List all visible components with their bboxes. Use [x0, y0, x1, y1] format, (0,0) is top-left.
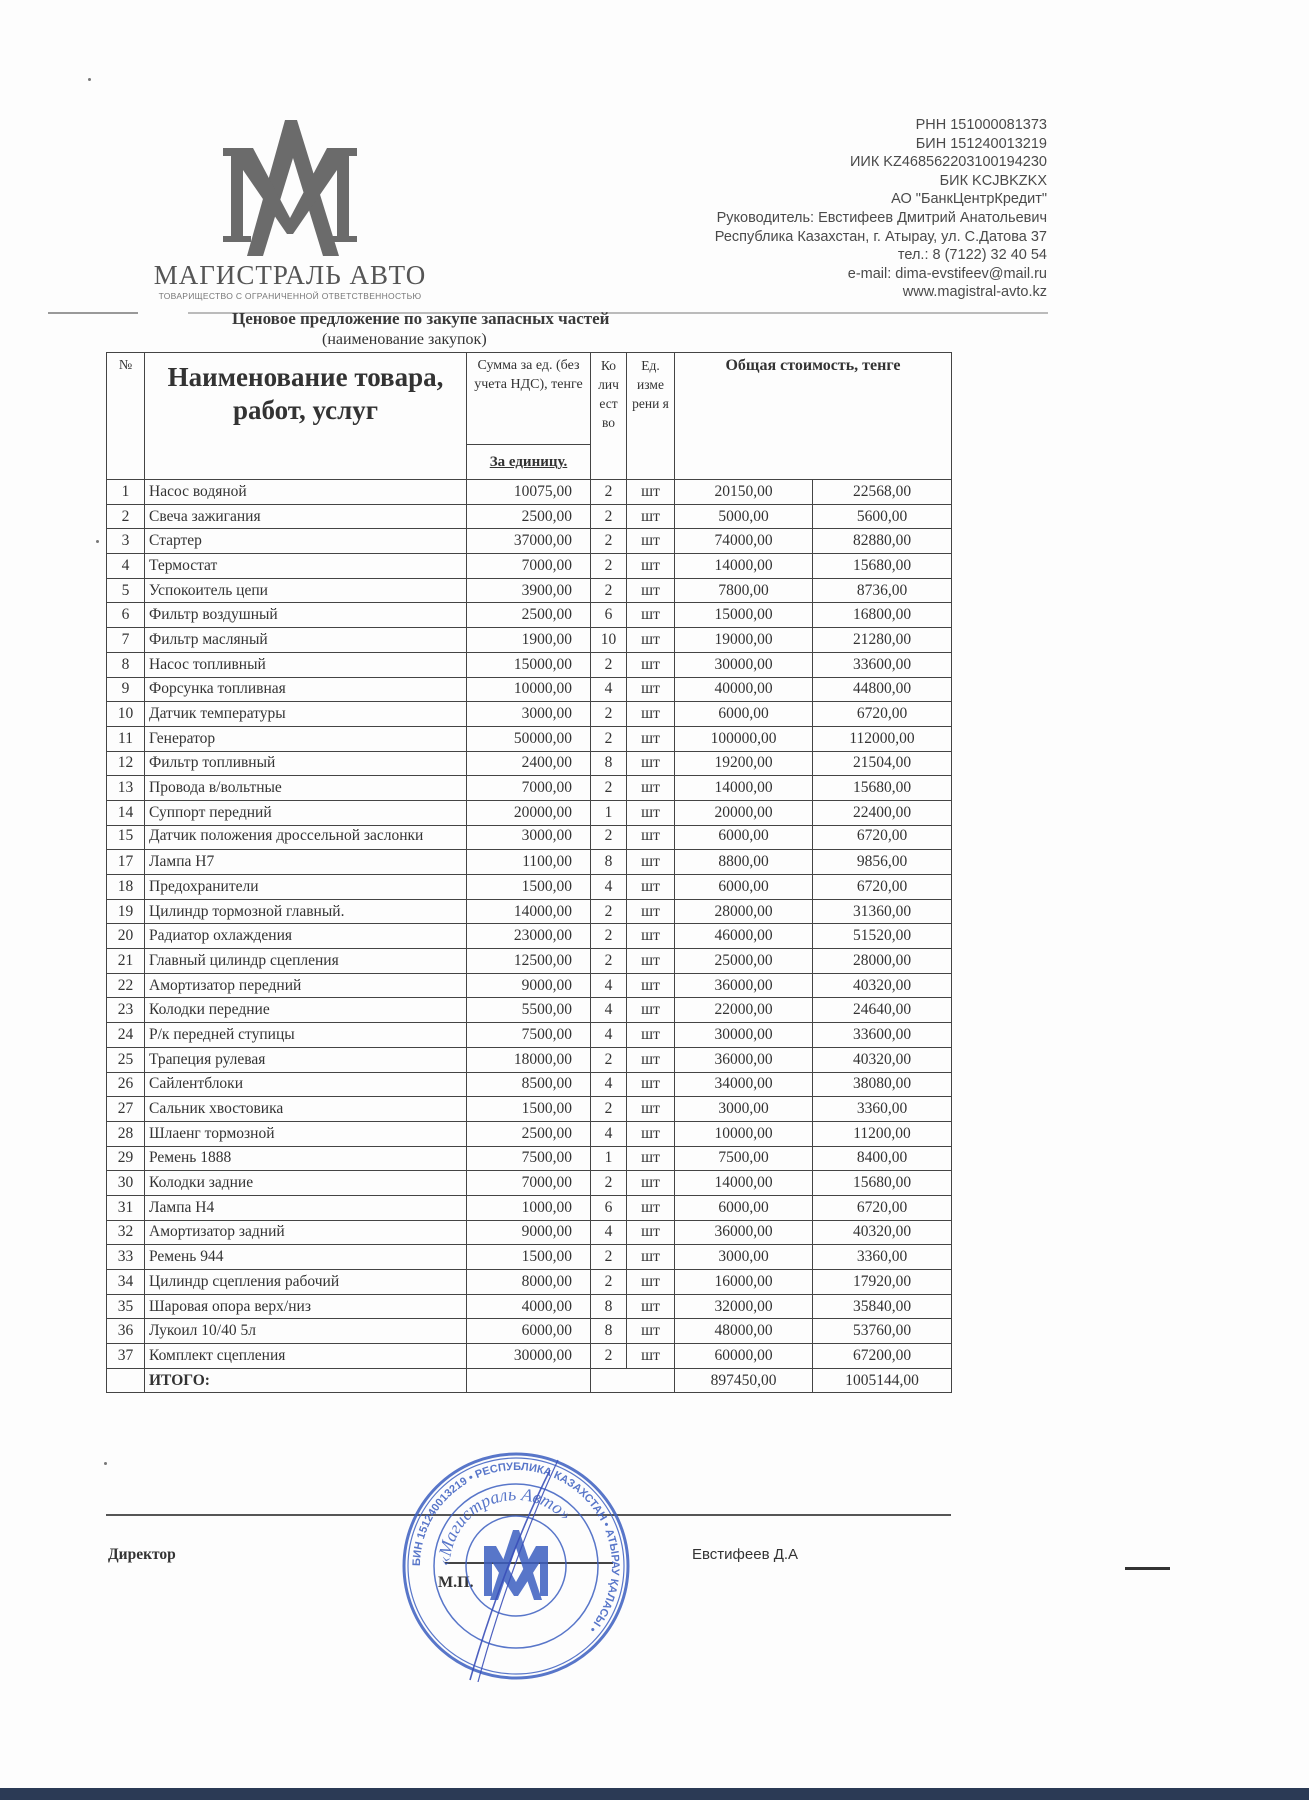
total-cost-with-vat: 67200,00: [813, 1344, 952, 1369]
total-cost: 10000,00: [675, 1121, 813, 1146]
row-number: 27: [107, 1097, 145, 1122]
total-cost: 32000,00: [675, 1294, 813, 1319]
row-number: 37: [107, 1344, 145, 1369]
item-name: Стартер: [145, 529, 467, 554]
total-cost-with-vat: 44800,00: [813, 677, 952, 702]
unit-price: 18000,00: [467, 1047, 591, 1072]
unit-of-measure: шт: [627, 1047, 675, 1072]
scan-speck: [96, 540, 99, 543]
quantity: 4: [591, 875, 627, 900]
table-row: 19Цилиндр тормозной главный.14000,002шт2…: [107, 899, 952, 924]
total-cost: 6000,00: [675, 825, 813, 850]
item-name: Лампа Н4: [145, 1195, 467, 1220]
table-row: 30Колодки задние7000,002шт14000,0015680,…: [107, 1171, 952, 1196]
table-row: 37Комплект сцепления30000,002шт60000,006…: [107, 1344, 952, 1369]
quantity: 4: [591, 973, 627, 998]
requisite-address: Республика Казахстан, г. Атырау, ул. С.Д…: [715, 228, 1047, 247]
logo-company-subtitle: ТОВАРИЩЕСТВО С ОГРАНИЧЕННОЙ ОТВЕТСТВЕННО…: [140, 291, 440, 301]
unit-price: 7000,00: [467, 776, 591, 801]
company-logo: МАГИСТРАЛЬ АВТО ТОВАРИЩЕСТВО С ОГРАНИЧЕН…: [140, 118, 440, 298]
unit-price: 20000,00: [467, 800, 591, 825]
total-cost-with-vat: 6720,00: [813, 1195, 952, 1220]
quantity: 4: [591, 998, 627, 1023]
quantity: 2: [591, 554, 627, 579]
total-cost: 6000,00: [675, 702, 813, 727]
unit-price: 9000,00: [467, 973, 591, 998]
unit-price: 6000,00: [467, 1319, 591, 1344]
total-cost-with-vat: 3360,00: [813, 1245, 952, 1270]
grand-total: 897450,00: [675, 1368, 813, 1393]
table-row: 10Датчик температуры3000,002шт6000,00672…: [107, 702, 952, 727]
unit-price: 15000,00: [467, 652, 591, 677]
table-row: 17Лампа Н71100,008шт8800,009856,00: [107, 850, 952, 875]
total-cost-with-vat: 22400,00: [813, 800, 952, 825]
table-total-row: ИТОГО: 897450,00 1005144,00: [107, 1368, 952, 1393]
item-name: Суппорт передний: [145, 800, 467, 825]
table-row: 27Сальник хвостовика1500,002шт3000,00336…: [107, 1097, 952, 1122]
unit-price: 10000,00: [467, 677, 591, 702]
table-row: 35Шаровая опора верх/низ4000,008шт32000,…: [107, 1294, 952, 1319]
unit-of-measure: шт: [627, 1319, 675, 1344]
unit-of-measure: шт: [627, 1023, 675, 1048]
item-name: Свеча зажигания: [145, 504, 467, 529]
item-name: Фильтр топливный: [145, 751, 467, 776]
row-number: 32: [107, 1220, 145, 1245]
total-cost-with-vat: 5600,00: [813, 504, 952, 529]
requisite-email: e-mail: dima-evstifeev@mail.ru: [715, 265, 1047, 284]
unit-price: 50000,00: [467, 726, 591, 751]
row-number: 25: [107, 1047, 145, 1072]
header-total: Общая стоимость, тенге: [675, 353, 952, 480]
unit-of-measure: шт: [627, 1294, 675, 1319]
unit-price: 1900,00: [467, 628, 591, 653]
total-cost-with-vat: 21280,00: [813, 628, 952, 653]
total-cost: 5000,00: [675, 504, 813, 529]
header-no: №: [107, 353, 145, 480]
unit-of-measure: шт: [627, 1121, 675, 1146]
price-offer-table: № Наименование товара, работ, услуг Сумм…: [106, 352, 952, 1393]
unit-of-measure: шт: [627, 628, 675, 653]
unit-of-measure: шт: [627, 973, 675, 998]
requisite-phone: тел.: 8 (7122) 32 40 54: [715, 246, 1047, 265]
total-cost-with-vat: 40320,00: [813, 1047, 952, 1072]
unit-price: 7500,00: [467, 1146, 591, 1171]
quantity: 2: [591, 1047, 627, 1072]
unit-of-measure: шт: [627, 825, 675, 850]
total-cost-with-vat: 24640,00: [813, 998, 952, 1023]
table-row: 18Предохранители1500,004шт6000,006720,00: [107, 875, 952, 900]
unit-of-measure: шт: [627, 702, 675, 727]
table-row: 8Насос топливный15000,002шт30000,0033600…: [107, 652, 952, 677]
table-row: 15Датчик положения дроссельной заслонки3…: [107, 825, 952, 850]
item-name: Трапеция рулевая: [145, 1047, 467, 1072]
row-number: 26: [107, 1072, 145, 1097]
total-cost-with-vat: 82880,00: [813, 529, 952, 554]
item-name: Амортизатор передний: [145, 973, 467, 998]
quantity: 2: [591, 652, 627, 677]
total-cost-with-vat: 51520,00: [813, 924, 952, 949]
quantity: 4: [591, 1072, 627, 1097]
table-row: 22Амортизатор передний9000,004шт36000,00…: [107, 973, 952, 998]
total-cost-with-vat: 33600,00: [813, 652, 952, 677]
item-name: Датчик температуры: [145, 702, 467, 727]
item-name: Колодки задние: [145, 1171, 467, 1196]
table-row: 24Р/к передней ступицы7500,004шт30000,00…: [107, 1023, 952, 1048]
quantity: 4: [591, 1023, 627, 1048]
item-name: Колодки передние: [145, 998, 467, 1023]
unit-of-measure: шт: [627, 1171, 675, 1196]
total-cost-with-vat: 16800,00: [813, 603, 952, 628]
total-cost: 36000,00: [675, 973, 813, 998]
table-row: 31Лампа Н41000,006шт6000,006720,00: [107, 1195, 952, 1220]
total-cost-with-vat: 40320,00: [813, 1220, 952, 1245]
item-name: Радиатор охлаждения: [145, 924, 467, 949]
signer-name: Евстифеев Д.А: [692, 1546, 798, 1563]
unit-of-measure: шт: [627, 529, 675, 554]
row-number: 10: [107, 702, 145, 727]
quantity: 2: [591, 529, 627, 554]
quantity: 6: [591, 1195, 627, 1220]
total-cost-with-vat: 21504,00: [813, 751, 952, 776]
table-row: 13Провода в/вольтные7000,002шт14000,0015…: [107, 776, 952, 801]
total-cost-with-vat: 11200,00: [813, 1121, 952, 1146]
unit-of-measure: шт: [627, 554, 675, 579]
quantity: 8: [591, 1319, 627, 1344]
unit-of-measure: шт: [627, 751, 675, 776]
unit-price: 1100,00: [467, 850, 591, 875]
unit-price: 2400,00: [467, 751, 591, 776]
unit-of-measure: шт: [627, 1146, 675, 1171]
row-number: 6: [107, 603, 145, 628]
item-name: Цилиндр тормозной главный.: [145, 899, 467, 924]
table-row: 11Генератор50000,002шт100000,00112000,00: [107, 726, 952, 751]
row-number: 18: [107, 875, 145, 900]
unit-price: 10075,00: [467, 480, 591, 505]
row-number: 1: [107, 480, 145, 505]
item-name: Датчик положения дроссельной заслонки: [145, 825, 467, 850]
item-name: Форсунка топливная: [145, 677, 467, 702]
unit-price: 3900,00: [467, 578, 591, 603]
quantity: 2: [591, 899, 627, 924]
row-number: 14: [107, 800, 145, 825]
stamp-center-text: «Магистраль Авто»: [434, 1484, 576, 1566]
row-number: 22: [107, 973, 145, 998]
table-row: 25Трапеция рулевая18000,002шт36000,00403…: [107, 1047, 952, 1072]
scan-border: [0, 1788, 1309, 1800]
company-requisites: РНН 151000081373 БИН 151240013219 ИИК KZ…: [715, 116, 1047, 302]
unit-of-measure: шт: [627, 1220, 675, 1245]
requisite-website: www.magistral-avto.kz: [715, 283, 1047, 302]
unit-price: 8500,00: [467, 1072, 591, 1097]
director-label: Директор: [108, 1546, 176, 1564]
item-name: Ремень 944: [145, 1245, 467, 1270]
table-row: 6Фильтр воздушный2500,006шт15000,0016800…: [107, 603, 952, 628]
table-row: 29Ремень 18887500,001шт7500,008400,00: [107, 1146, 952, 1171]
total-cost-with-vat: 33600,00: [813, 1023, 952, 1048]
svg-text:«Магистраль Авто»: «Магистраль Авто»: [434, 1484, 576, 1566]
total-cost: 20000,00: [675, 800, 813, 825]
unit-price: 8000,00: [467, 1270, 591, 1295]
table-row: 2Свеча зажигания2500,002шт5000,005600,00: [107, 504, 952, 529]
total-cost: 19000,00: [675, 628, 813, 653]
item-name: Фильтр воздушный: [145, 603, 467, 628]
item-name: Успокоитель цепи: [145, 578, 467, 603]
row-number: 33: [107, 1245, 145, 1270]
quantity: 8: [591, 850, 627, 875]
header-price-per-unit: За единицу.: [467, 445, 591, 480]
row-number: 5: [107, 578, 145, 603]
unit-of-measure: шт: [627, 924, 675, 949]
table-row: 20Радиатор охлаждения23000,002шт46000,00…: [107, 924, 952, 949]
total-cost: 3000,00: [675, 1097, 813, 1122]
total-cost: 7800,00: [675, 578, 813, 603]
row-number: 3: [107, 529, 145, 554]
total-cost-with-vat: 53760,00: [813, 1319, 952, 1344]
quantity: 2: [591, 924, 627, 949]
unit-of-measure: шт: [627, 800, 675, 825]
item-name: Амортизатор задний: [145, 1220, 467, 1245]
quantity: 4: [591, 1121, 627, 1146]
table-row: 5Успокоитель цепи3900,002шт7800,008736,0…: [107, 578, 952, 603]
unit-price: 5500,00: [467, 998, 591, 1023]
quantity: 1: [591, 1146, 627, 1171]
unit-of-measure: шт: [627, 850, 675, 875]
unit-price: 7000,00: [467, 1171, 591, 1196]
total-cost: 3000,00: [675, 1245, 813, 1270]
total-cost: 15000,00: [675, 603, 813, 628]
total-cost-with-vat: 15680,00: [813, 1171, 952, 1196]
total-cost: 20150,00: [675, 480, 813, 505]
row-number: 36: [107, 1319, 145, 1344]
total-cost: 36000,00: [675, 1047, 813, 1072]
unit-of-measure: шт: [627, 652, 675, 677]
row-number: 7: [107, 628, 145, 653]
unit-of-measure: шт: [627, 1344, 675, 1369]
total-cost-with-vat: 6720,00: [813, 875, 952, 900]
row-number: 23: [107, 998, 145, 1023]
unit-price: 30000,00: [467, 1344, 591, 1369]
quantity: 2: [591, 1344, 627, 1369]
item-name: Лампа Н7: [145, 850, 467, 875]
unit-of-measure: шт: [627, 677, 675, 702]
table-row: 33Ремень 9441500,002шт3000,003360,00: [107, 1245, 952, 1270]
quantity: 2: [591, 949, 627, 974]
logo-monogram-icon: [215, 118, 365, 258]
document-subtitle: (наименование закупок): [322, 331, 487, 349]
unit-of-measure: шт: [627, 578, 675, 603]
unit-of-measure: шт: [627, 1245, 675, 1270]
row-number: 28: [107, 1121, 145, 1146]
row-number: 13: [107, 776, 145, 801]
total-cost: 19200,00: [675, 751, 813, 776]
unit-of-measure: шт: [627, 875, 675, 900]
item-name: Насос водяной: [145, 480, 467, 505]
row-number: 29: [107, 1146, 145, 1171]
unit-of-measure: шт: [627, 1195, 675, 1220]
quantity: 2: [591, 1171, 627, 1196]
total-cost: 28000,00: [675, 899, 813, 924]
unit-price: 3000,00: [467, 702, 591, 727]
total-cost: 30000,00: [675, 1023, 813, 1048]
total-cost-with-vat: 6720,00: [813, 702, 952, 727]
item-name: Предохранители: [145, 875, 467, 900]
unit-of-measure: шт: [627, 998, 675, 1023]
row-number: 2: [107, 504, 145, 529]
unit-price: 2500,00: [467, 504, 591, 529]
row-number: 12: [107, 751, 145, 776]
requisite-director: Руководитель: Евстифеев Дмитрий Анатолье…: [715, 209, 1047, 228]
quantity: 6: [591, 603, 627, 628]
quantity: 4: [591, 677, 627, 702]
document-title: Ценовое предложение по закупе запасных ч…: [232, 309, 609, 329]
margin-mark: [1125, 1567, 1170, 1570]
requisite-iik: ИИК KZ468562203100194230: [715, 153, 1047, 172]
total-cost: 48000,00: [675, 1319, 813, 1344]
unit-price: 37000,00: [467, 529, 591, 554]
header-qty: Ко лич ест во: [591, 353, 627, 480]
quantity: 2: [591, 776, 627, 801]
quantity: 2: [591, 1270, 627, 1295]
unit-price: 3000,00: [467, 825, 591, 850]
table-row: 3Стартер37000,002шт74000,0082880,00: [107, 529, 952, 554]
item-name: Генератор: [145, 726, 467, 751]
unit-price: 2500,00: [467, 1121, 591, 1146]
item-name: Фильтр масляный: [145, 628, 467, 653]
requisite-bin: БИН 151240013219: [715, 135, 1047, 154]
item-name: Сальник хвостовика: [145, 1097, 467, 1122]
total-cost: 14000,00: [675, 776, 813, 801]
unit-price: 9000,00: [467, 1220, 591, 1245]
total-cost-with-vat: 8736,00: [813, 578, 952, 603]
row-number: 17: [107, 850, 145, 875]
total-cost: 34000,00: [675, 1072, 813, 1097]
unit-of-measure: шт: [627, 776, 675, 801]
item-name: Термостат: [145, 554, 467, 579]
unit-price: 1500,00: [467, 875, 591, 900]
grand-total-vat: 1005144,00: [813, 1368, 952, 1393]
total-cost: 74000,00: [675, 529, 813, 554]
table-row: 26Сайлентблоки8500,004шт34000,0038080,00: [107, 1072, 952, 1097]
logo-company-name: МАГИСТРАЛЬ АВТО: [140, 260, 440, 291]
table-row: 21Главный цилиндр сцепления12500,002шт25…: [107, 949, 952, 974]
row-number: 19: [107, 899, 145, 924]
unit-of-measure: шт: [627, 1072, 675, 1097]
quantity: 2: [591, 1097, 627, 1122]
unit-price: 23000,00: [467, 924, 591, 949]
header-price: Сумма за ед. (без учета НДС), тенге: [467, 353, 591, 445]
unit-price: 12500,00: [467, 949, 591, 974]
unit-price: 7000,00: [467, 554, 591, 579]
scan-speck: [104, 1462, 107, 1465]
quantity: 8: [591, 751, 627, 776]
quantity: 2: [591, 825, 627, 850]
item-name: Комплект сцепления: [145, 1344, 467, 1369]
item-name: Цилиндр сцепления рабочий: [145, 1270, 467, 1295]
total-cost-with-vat: 112000,00: [813, 726, 952, 751]
requisite-rnn: РНН 151000081373: [715, 116, 1047, 135]
total-cost: 14000,00: [675, 1171, 813, 1196]
requisite-bik: БИК KCJBKZKX: [715, 172, 1047, 191]
row-number: 15: [107, 825, 145, 850]
total-cost: 46000,00: [675, 924, 813, 949]
total-label: ИТОГО:: [145, 1368, 467, 1393]
header-name: Наименование товара, работ, услуг: [145, 353, 467, 480]
unit-of-measure: шт: [627, 480, 675, 505]
total-cost-with-vat: 15680,00: [813, 554, 952, 579]
table-row: 9Форсунка топливная10000,004шт40000,0044…: [107, 677, 952, 702]
unit-of-measure: шт: [627, 603, 675, 628]
quantity: 8: [591, 1294, 627, 1319]
unit-of-measure: шт: [627, 899, 675, 924]
total-cost: 30000,00: [675, 652, 813, 677]
table-row: 28Шлаенг тормозной2500,004шт10000,001120…: [107, 1121, 952, 1146]
total-cost: 36000,00: [675, 1220, 813, 1245]
row-number: 8: [107, 652, 145, 677]
item-name: Лукоил 10/40 5л: [145, 1319, 467, 1344]
total-cost-with-vat: 17920,00: [813, 1270, 952, 1295]
unit-price: 1500,00: [467, 1097, 591, 1122]
scan-speck: [88, 78, 91, 81]
total-cost-with-vat: 3360,00: [813, 1097, 952, 1122]
table-row: 34Цилиндр сцепления рабочий8000,002шт160…: [107, 1270, 952, 1295]
item-name: Шаровая опора верх/низ: [145, 1294, 467, 1319]
total-cost-with-vat: 31360,00: [813, 899, 952, 924]
quantity: 2: [591, 702, 627, 727]
row-number: 31: [107, 1195, 145, 1220]
row-number: 24: [107, 1023, 145, 1048]
quantity: 2: [591, 504, 627, 529]
row-number: 20: [107, 924, 145, 949]
total-cost-with-vat: 8400,00: [813, 1146, 952, 1171]
total-cost-with-vat: 22568,00: [813, 480, 952, 505]
total-cost-with-vat: 9856,00: [813, 850, 952, 875]
document-page: МАГИСТРАЛЬ АВТО ТОВАРИЩЕСТВО С ОГРАНИЧЕН…: [0, 0, 1309, 1800]
total-cost: 60000,00: [675, 1344, 813, 1369]
quantity: 10: [591, 628, 627, 653]
item-name: Р/к передней ступицы: [145, 1023, 467, 1048]
table-header-row: № Наименование товара, работ, услуг Сумм…: [107, 353, 952, 445]
table-row: 12Фильтр топливный2400,008шт19200,002150…: [107, 751, 952, 776]
total-cost: 8800,00: [675, 850, 813, 875]
total-cost: 6000,00: [675, 875, 813, 900]
company-stamp-icon: БИН 151240013219 • РЕСПУБЛИКА КАЗАХСТАН …: [400, 1450, 632, 1682]
row-number: 35: [107, 1294, 145, 1319]
unit-price: 1000,00: [467, 1195, 591, 1220]
requisite-bank: АО "БанкЦентрКредит": [715, 190, 1047, 209]
quantity: 4: [591, 1220, 627, 1245]
row-number: 34: [107, 1270, 145, 1295]
item-name: Шлаенг тормозной: [145, 1121, 467, 1146]
quantity: 1: [591, 800, 627, 825]
unit-price: 4000,00: [467, 1294, 591, 1319]
row-number: 4: [107, 554, 145, 579]
total-cost-with-vat: 15680,00: [813, 776, 952, 801]
row-number: 21: [107, 949, 145, 974]
table-row: 4Термостат7000,002шт14000,0015680,00: [107, 554, 952, 579]
table-row: 14Суппорт передний20000,001шт20000,00224…: [107, 800, 952, 825]
item-name: Насос топливный: [145, 652, 467, 677]
unit-of-measure: шт: [627, 504, 675, 529]
total-cost-with-vat: 6720,00: [813, 825, 952, 850]
table-row: 36Лукоил 10/40 5л6000,008шт48000,0053760…: [107, 1319, 952, 1344]
item-name: Главный цилиндр сцепления: [145, 949, 467, 974]
unit-of-measure: шт: [627, 949, 675, 974]
total-cost: 14000,00: [675, 554, 813, 579]
unit-price: 1500,00: [467, 1245, 591, 1270]
total-cost: 40000,00: [675, 677, 813, 702]
row-number: 11: [107, 726, 145, 751]
quantity: 2: [591, 1245, 627, 1270]
